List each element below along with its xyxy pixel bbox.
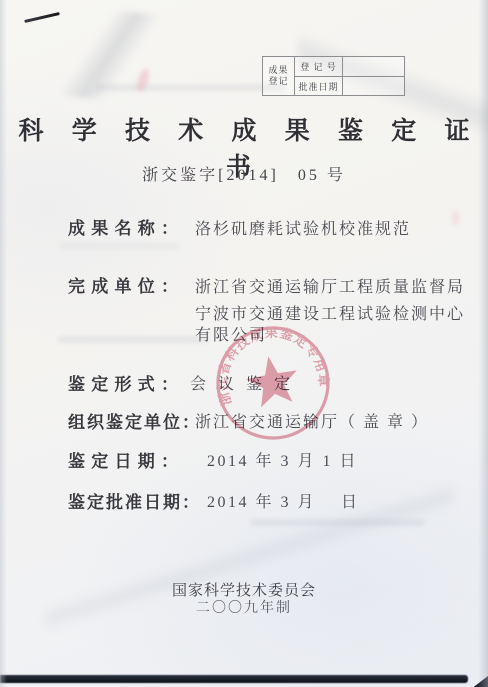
appraisal-form-value: 会 议 鉴 定	[190, 371, 294, 394]
completing-unit-label: 完 成 单 位 ：	[68, 272, 179, 297]
document-number: 浙交鉴字[2014] 05 号	[0, 162, 488, 185]
appraisal-approval-date-label: 鉴定批准日期：	[68, 488, 201, 513]
reg-left-line1: 成果	[268, 65, 288, 76]
appraisal-date-label: 鉴 定 日 期 ：	[68, 447, 179, 472]
appraisal-form-label: 鉴 定 形 式 ：	[68, 370, 179, 395]
bleed-through-ghost	[58, 336, 208, 343]
registration-table-left-header: 成果 登记	[263, 57, 294, 95]
appraisal-date-value: 2014 年 3 月 1 日	[207, 448, 358, 471]
achievement-name-value: 洛杉矶磨耗试验机校准规范	[195, 216, 411, 239]
registration-number-label: 登 记 号	[294, 57, 342, 76]
registration-table: 成果 登记 登 记 号 批准日期	[262, 56, 405, 96]
reg-left-line2: 登记	[268, 76, 288, 87]
organizing-unit-label: 组织鉴定单位：	[68, 408, 201, 433]
form-edition-year: 二〇〇九年制	[0, 597, 488, 617]
organizing-unit-value: 浙江省交通运输厅（ 盖 章 ）	[195, 409, 429, 432]
bleed-through-ghost	[250, 519, 425, 526]
appraisal-approval-date-value: 2014 年 3 月 日	[207, 489, 360, 512]
paper-edge-shadow	[0, 0, 7, 687]
approval-date-value	[342, 76, 404, 95]
achievement-name-label: 成 果 名 称 ：	[68, 214, 179, 239]
completing-unit-line1: 浙江省交通运输厅工程质量监督局	[195, 274, 465, 297]
completing-unit-line2: 宁波市交通建设工程试验检测中心	[195, 301, 465, 324]
scanned-certificate-page: 成果 登记 登 记 号 批准日期 科 学 技 术 成 果 鉴 定 证 书 浙交鉴…	[0, 0, 488, 687]
approval-date-label: 批准日期	[294, 76, 342, 95]
bleed-through-ghost	[60, 243, 180, 249]
bleed-through-ghost	[95, 84, 285, 91]
registration-number-value	[342, 57, 404, 76]
red-ink-smudge	[452, 210, 459, 226]
scanner-edge-strip	[0, 675, 468, 683]
completing-unit-line3: 有限公司	[195, 322, 267, 345]
paper-edge-shadow	[478, 0, 488, 687]
